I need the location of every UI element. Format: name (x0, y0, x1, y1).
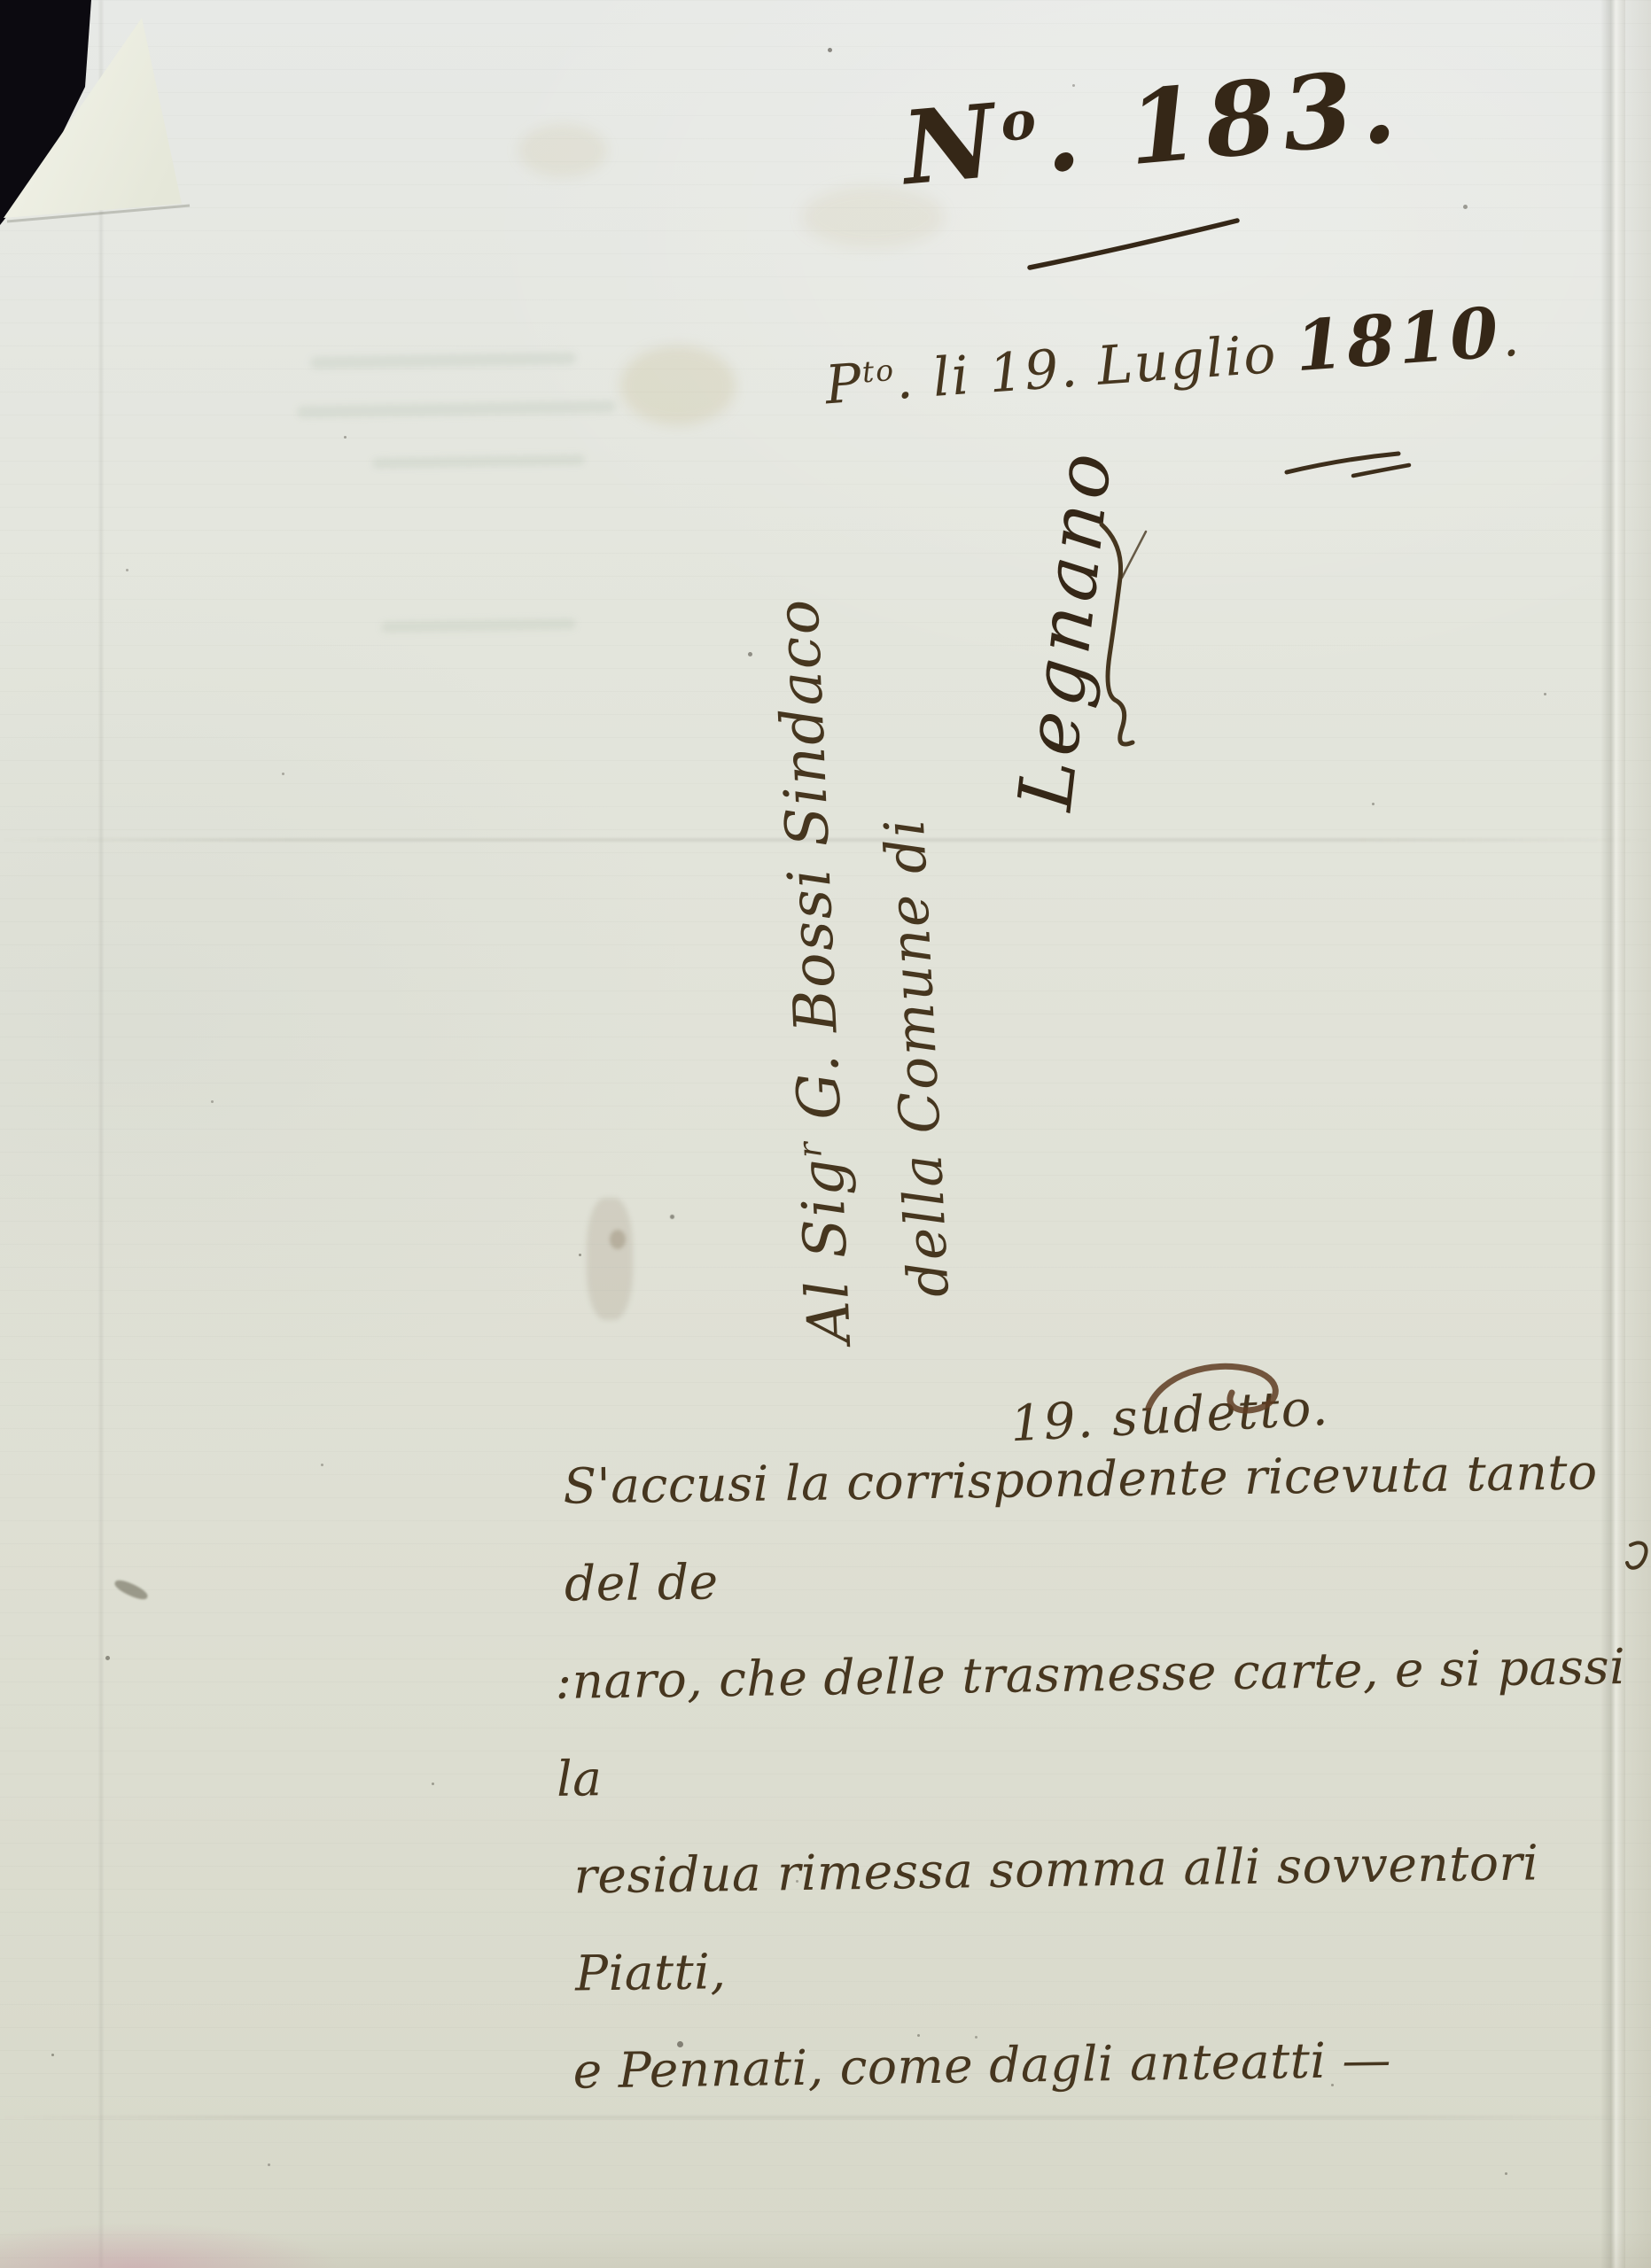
bleedthrough-ghost-line (381, 618, 576, 633)
paper-stain (518, 124, 607, 177)
bottom-left-pink-tinge (0, 2215, 479, 2268)
date-underline-1 (1287, 454, 1398, 472)
registry-number: No. 183. (898, 46, 1406, 208)
address-recipient-rest: G. Bossi Sindaco (763, 596, 855, 1141)
vertical-fold-crease-left (99, 0, 103, 2268)
registry-number-value: . 183. (1039, 46, 1406, 196)
reply-line-1: S'accusi la corrispondente ricevuta tant… (563, 1422, 1651, 1632)
date-middle: . li 19. Luglio (893, 322, 1297, 411)
number-underline (1030, 221, 1237, 268)
signature-paraph-hairline (1122, 532, 1146, 578)
date-underline-2 (1353, 465, 1409, 476)
bleedthrough-ghost-line (372, 454, 585, 469)
bleedthrough-ghost-line (297, 400, 616, 418)
ink-blotch-core (610, 1230, 626, 1249)
address-recipient-start: Al Sig (788, 1156, 864, 1345)
date-line: Pto. li 19. Luglio 1810. (822, 291, 1523, 421)
paper-stain (620, 346, 736, 425)
date-year: 1810 (1293, 292, 1505, 387)
reply-line-4: e Pennati, come dagli anteatti — (572, 2007, 1651, 2119)
bleedthrough-ghost-line (310, 352, 576, 369)
date-suffix: . (1499, 307, 1523, 369)
date-prefix: P (823, 353, 865, 417)
address-line-recipient: Al Sigr G. Bossi Sindaco (763, 596, 864, 1345)
address-place: Legnano (1001, 444, 1129, 815)
ink-blotch-stain (587, 1198, 633, 1320)
reply-paragraph: S'accusi la corrispondente ricevuta tant… (563, 1422, 1651, 2119)
reply-line-2: :naro, che delle trasmesse carte, e si p… (555, 1617, 1651, 1827)
address-line-commune: della Comune di (872, 816, 962, 1299)
registry-number-superscript: o (998, 88, 1045, 153)
registry-number-letter: N (898, 81, 1007, 207)
date-superscript: to (861, 353, 896, 389)
address-recipient-superscript: r (790, 1139, 829, 1158)
letter-page: No. 183. Pto. li 19. Luglio 1810. Al Sig… (0, 0, 1651, 2268)
ink-smudge (113, 1577, 150, 1603)
reply-line-3: residua rimessa somma alli sovventori Pi… (573, 1812, 1651, 2022)
